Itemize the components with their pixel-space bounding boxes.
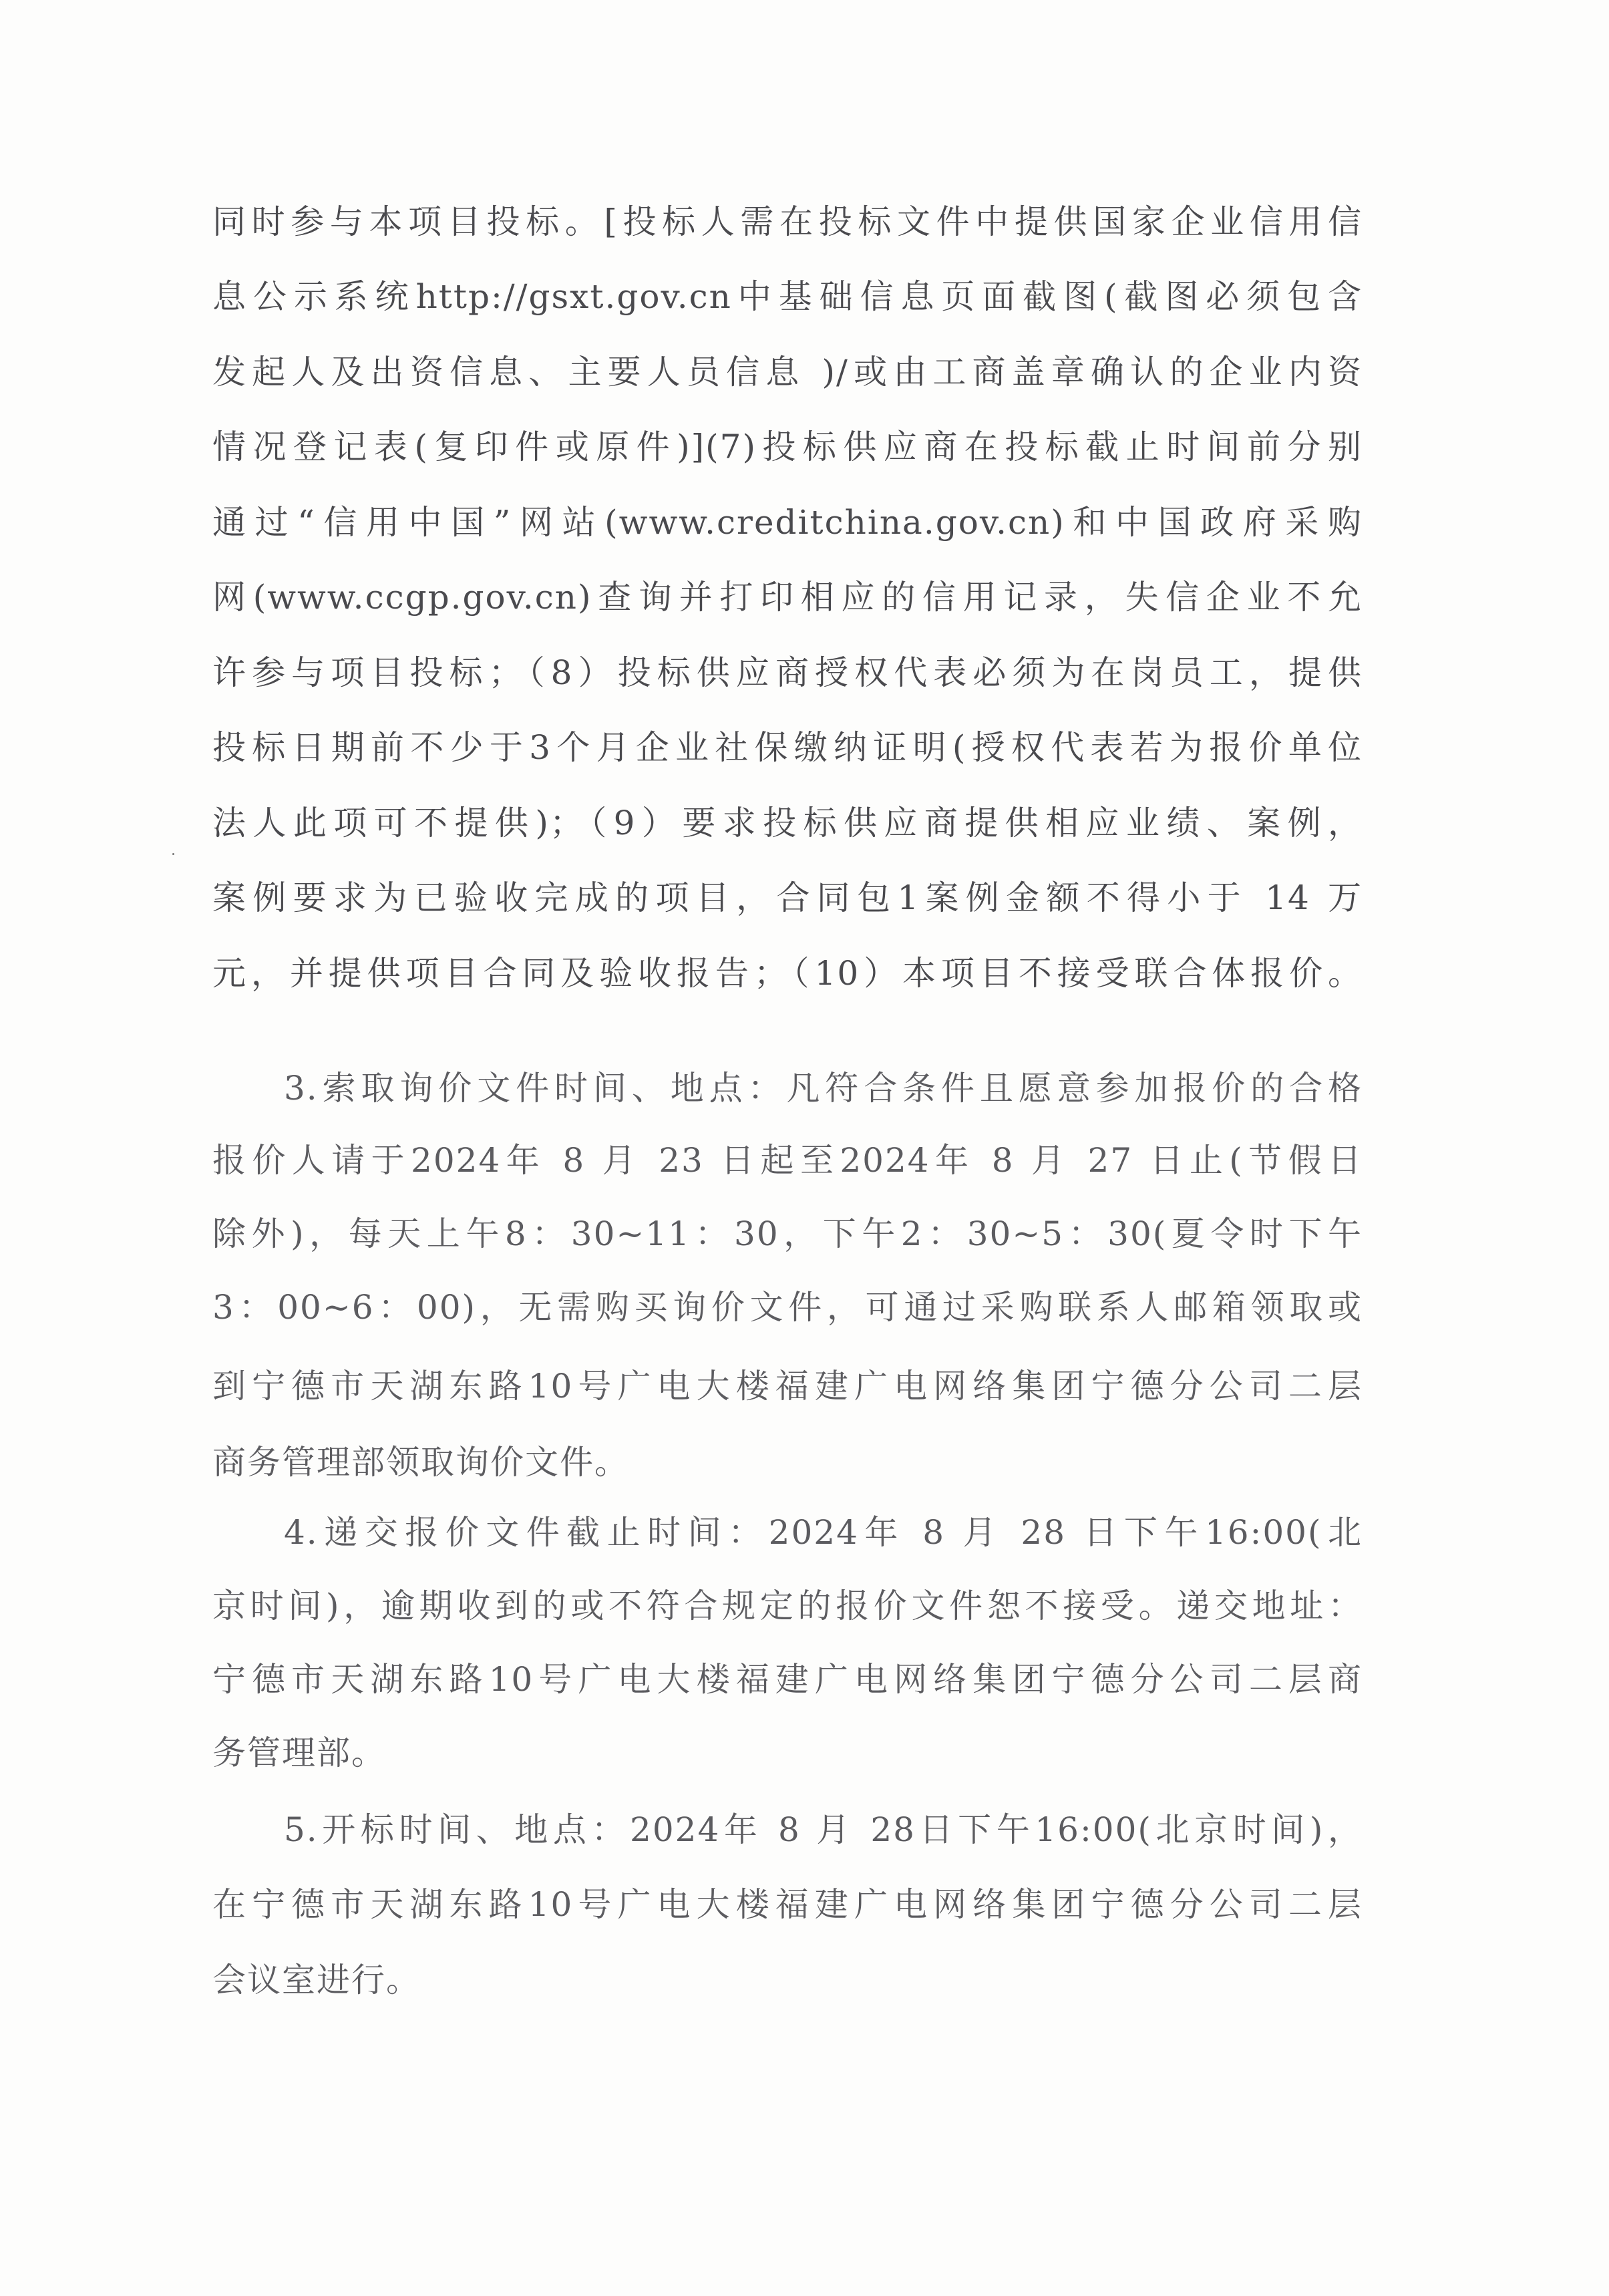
text-line: 许参与项目投标；（8）投标供应商授权代表必须为在岗员工，提供 — [212, 649, 1363, 696]
text-line: 网(www.ccgp.gov.cn)查询并打印相应的信用记录，失信企业不允 — [212, 574, 1363, 621]
scan-speck — [172, 853, 174, 855]
text-line: 情况登记表(复印件或原件)](7)投标供应商在投标截止时间前分别 — [212, 424, 1363, 470]
text-line: 京时间)，逾期收到的或不符合规定的报价文件恕不接受。递交地址： — [212, 1583, 1363, 1629]
section-heading-line: 3.索取询价文件时间、地点：凡符合条件且愿意参加报价的合格 — [284, 1065, 1363, 1112]
text-line: 到宁德市天湖东路10号广电大楼福建广电网络集团宁德分公司二层 — [212, 1363, 1363, 1410]
text-line: 案例要求为已验收完成的项目，合同包1案例金额不得小于 14 万 — [212, 874, 1363, 921]
text-line: 投标日期前不少于3个月企业社保缴纳证明(授权代表若为报价单位 — [212, 724, 1363, 771]
text-line: 元，并提供项目合同及验收报告；（10）本项目不接受联合体报价。 — [212, 950, 1363, 997]
text-line: 报价人请于2024年 8 月 23 日起至2024年 8 月 27 日止(节假日 — [212, 1137, 1363, 1184]
text-line: 在宁德市天湖东路10号广电大楼福建广电网络集团宁德分公司二层 — [212, 1881, 1363, 1928]
text-line: 3：00~6：00)，无需购买询价文件，可通过采购联系人邮箱领取或 — [212, 1284, 1363, 1331]
section-heading-line: 5.开标时间、地点：2024年 8 月 28日下午16:00(北京时间)， — [284, 1806, 1363, 1853]
text-line: 法人此项可不提供)；（9）要求投标供应商提供相应业绩、案例， — [212, 800, 1363, 846]
section-heading-line: 4.递交报价文件截止时间：2024年 8 月 28 日下午16:00(北 — [284, 1509, 1363, 1556]
text-line: 除外)，每天上午8：30~11：30，下午2：30~5：30(夏令时下午 — [212, 1210, 1363, 1257]
text-line: 商务管理部领取询价文件。 — [212, 1439, 1363, 1486]
text-line: 会议室进行。 — [212, 1957, 1363, 2003]
text-line: 通过“信用中国”网站(www.creditchina.gov.cn)和中国政府采… — [212, 499, 1363, 546]
text-line: 息公示系统http://gsxt.gov.cn中基础信息页面截图(截图必须包含 — [212, 273, 1363, 320]
text-line: 宁德市天湖东路10号广电大楼福建广电网络集团宁德分公司二层商 — [212, 1656, 1363, 1703]
text-line: 发起人及出资信息、主要人员信息 )/或由工商盖章确认的企业内资 — [212, 349, 1363, 395]
document-page: 同时参与本项目投标。[投标人需在投标文件中提供国家企业信用信 息公示系统http… — [0, 0, 1609, 2296]
text-line: 务管理部。 — [212, 1730, 1363, 1776]
text-line: 同时参与本项目投标。[投标人需在投标文件中提供国家企业信用信 — [212, 198, 1363, 245]
